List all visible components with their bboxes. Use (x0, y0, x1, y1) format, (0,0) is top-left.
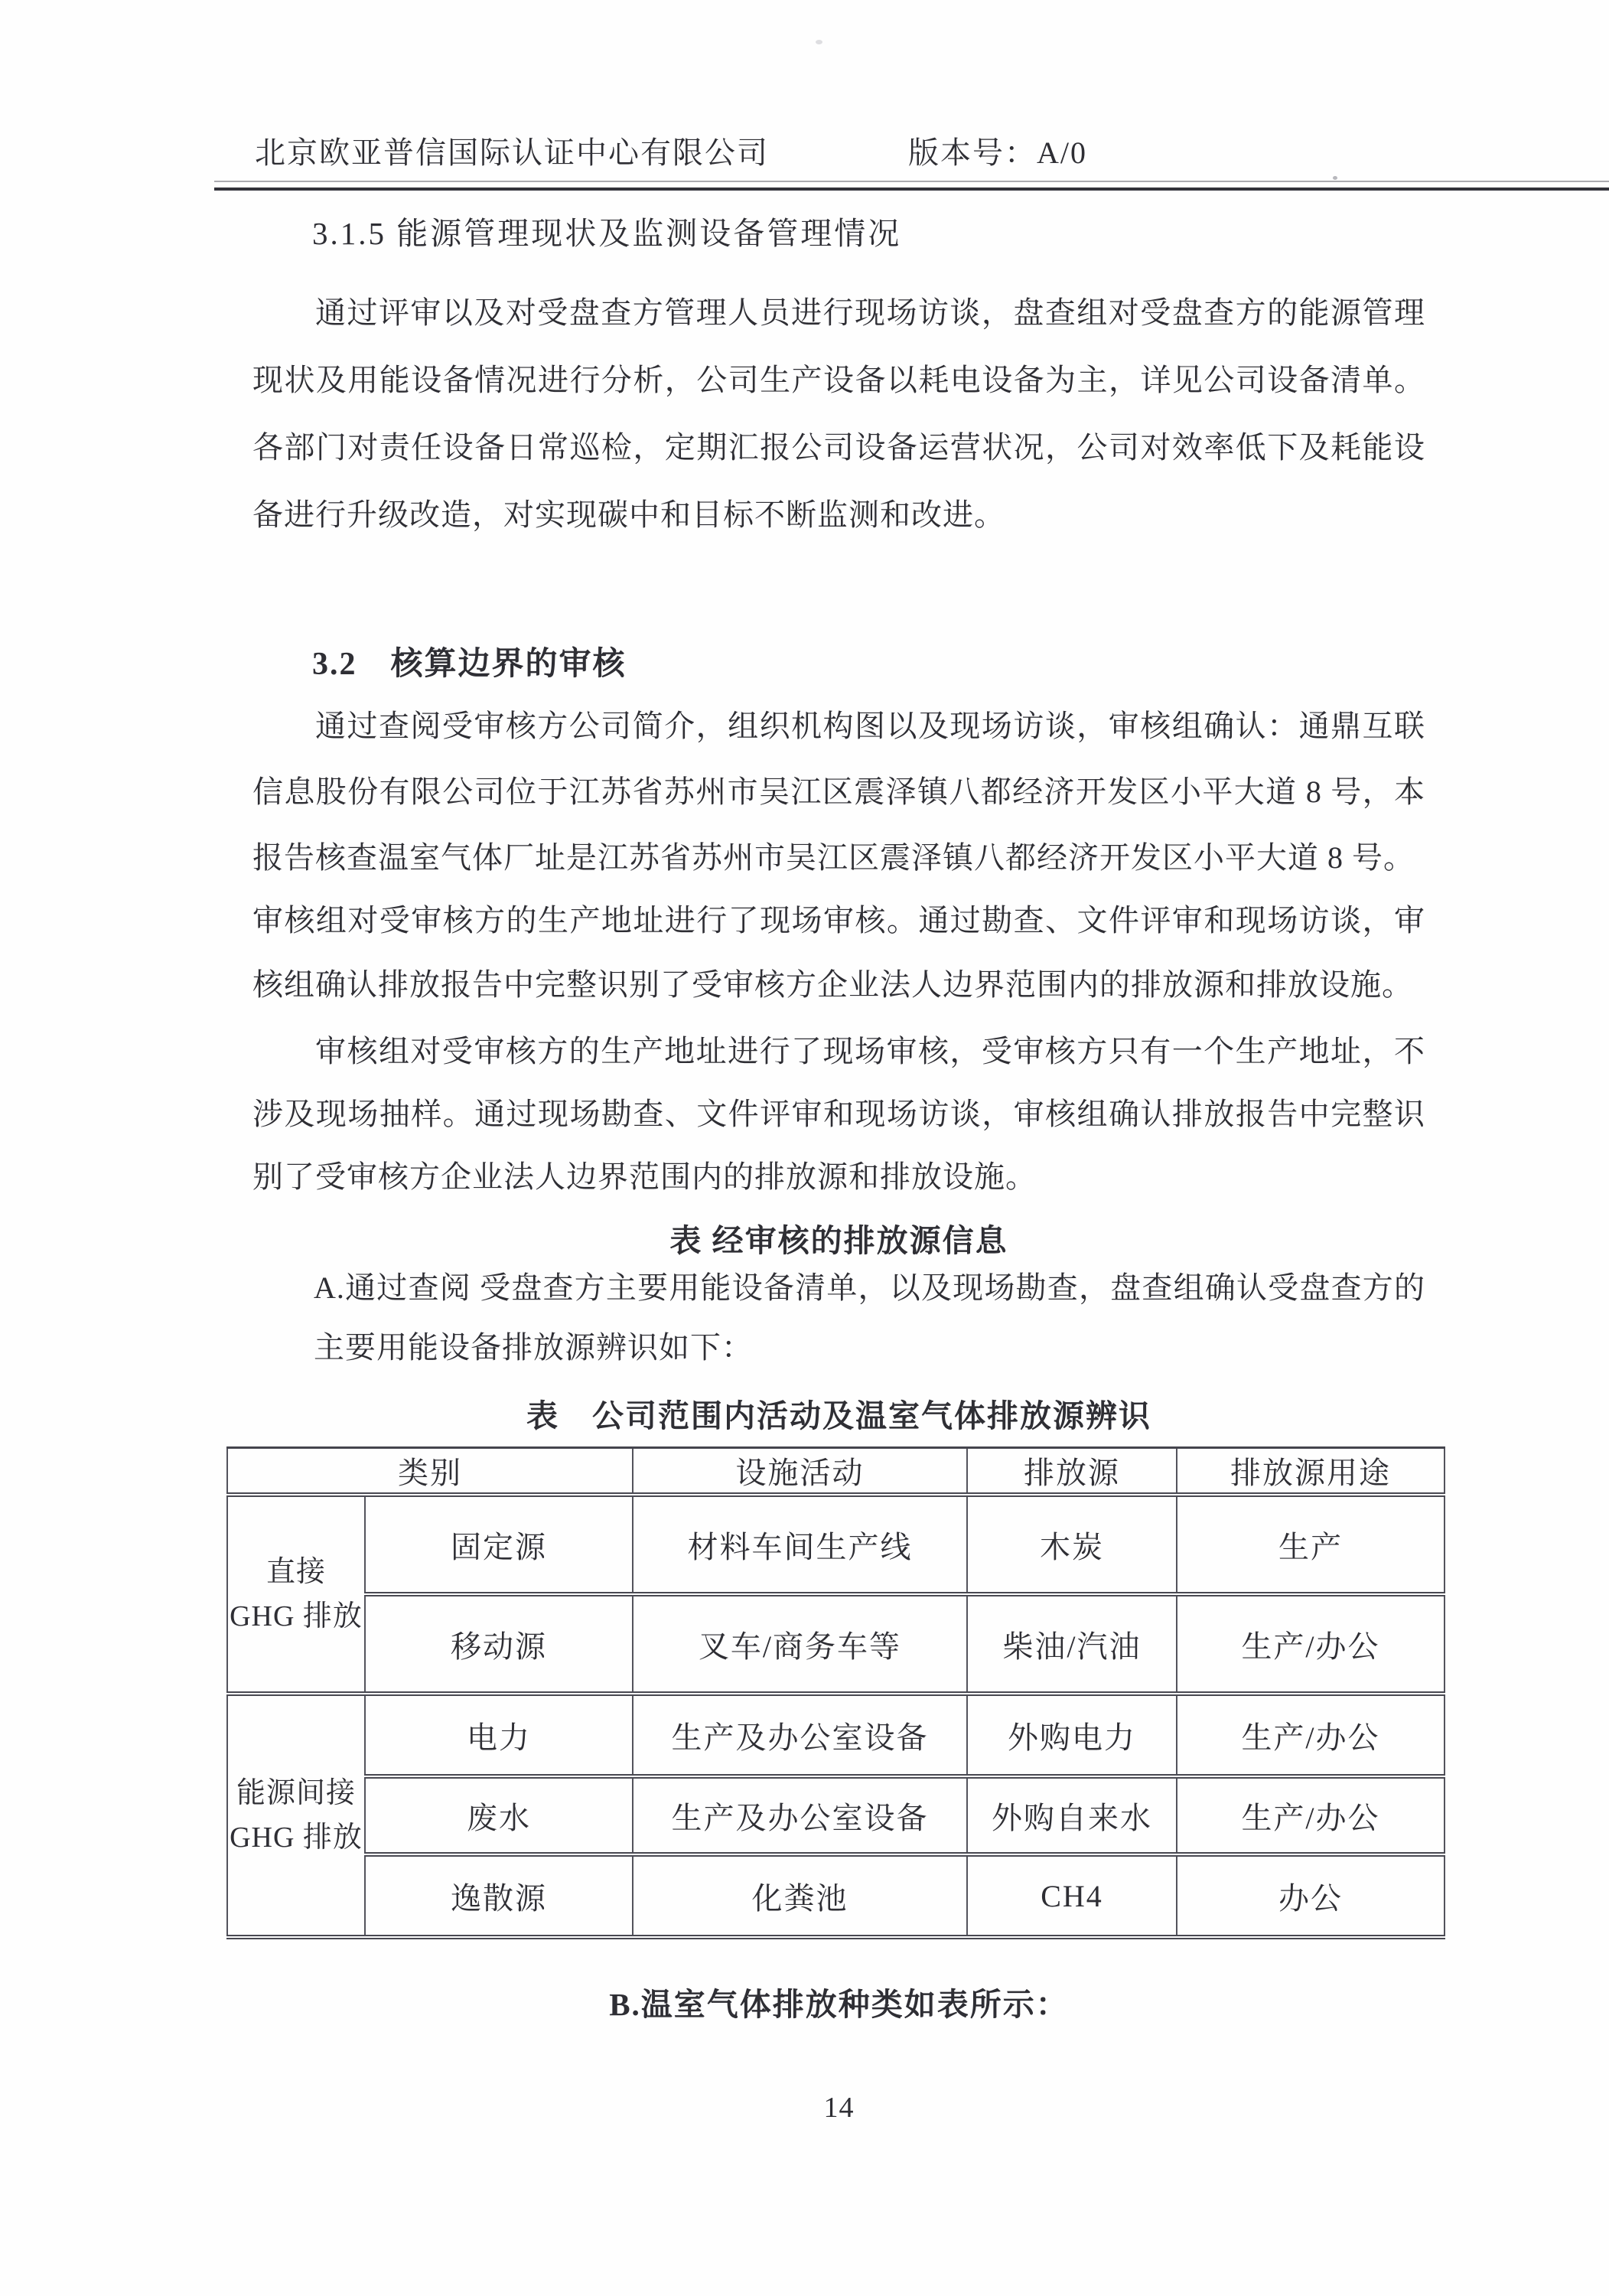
header-company-name: 北京欧亚普信国际认证中心有限公司 (255, 129, 769, 172)
row-group-label-line: 能源间接 (236, 1777, 356, 1809)
paragraph-item-a: A.通过查阅 受盘查方主要用能设备清单，以及现场勘查，盘查组确认受盘查方的主要用… (314, 1258, 1425, 1378)
ghg-emission-source-table: 类别 设施活动 排放源 排放源用途 直接 GHG 排放 固定源 材料车间生产线 … (226, 1446, 1445, 1939)
cell-usage: 生产/办公 (1177, 1594, 1445, 1694)
row-group-label-line: 直接 (266, 1556, 326, 1588)
paragraph-boundary-review-2: 审核组对受审核方的生产地址进行了现场审核。通过勘查、文件评审和现场访谈，审核组确… (252, 889, 1425, 1017)
cell-category: 固定源 (365, 1495, 633, 1594)
row-group-label-line: GHG 排放 (230, 1600, 363, 1632)
cell-activity: 生产及办公室设备 (633, 1776, 967, 1854)
document-page: 北京欧亚普信国际认证中心有限公司 版本号：A/0 3.1.5 能源管理现状及监测… (0, 0, 1609, 2296)
cell-category: 电力 (365, 1694, 633, 1776)
cell-usage: 生产/办公 (1177, 1694, 1445, 1776)
table-header-source-usage: 排放源用途 (1177, 1448, 1445, 1495)
page-number: 14 (252, 2091, 1425, 2125)
cell-source: 柴油/汽油 (967, 1594, 1177, 1694)
scan-speck (1333, 176, 1337, 180)
scan-speck (816, 40, 822, 44)
cell-usage: 生产 (1177, 1495, 1445, 1594)
section-heading-3-2: 3.2 核算边界的审核 (312, 638, 627, 684)
cell-source: 木炭 (967, 1495, 1177, 1594)
table-header-facility-activity: 设施活动 (633, 1448, 967, 1495)
table-header-emission-source: 排放源 (967, 1448, 1177, 1495)
cell-source: 外购电力 (967, 1694, 1177, 1776)
paragraph-energy-management-status: 通过评审以及对受盘查方管理人员进行现场访谈，盘查组对受盘查方的能源管理现状及用能… (252, 279, 1425, 549)
cell-activity: 材料车间生产线 (633, 1495, 967, 1594)
cell-activity: 叉车/商务车等 (633, 1594, 967, 1694)
table-row: 逸散源 化粪池 CH4 办公 (227, 1854, 1445, 1937)
cell-category: 废水 (365, 1776, 633, 1854)
cell-activity: 化粪池 (633, 1854, 967, 1937)
caption-ghg-source-identification: 表 公司范围内活动及温室气体排放源辨识 (252, 1391, 1425, 1436)
cell-category: 逸散源 (365, 1854, 633, 1937)
cell-activity: 生产及办公室设备 (633, 1694, 967, 1776)
paragraph-boundary-review-1: 通过查阅受审核方公司简介，组织机构图以及现场访谈，审核组确认：通鼎互联信息股份有… (252, 693, 1425, 891)
section-heading-3-1-5: 3.1.5 能源管理现状及监测设备管理情况 (312, 208, 901, 253)
header-version-label: 版本号：A/0 (908, 129, 1087, 172)
table-row: 直接 GHG 排放 固定源 材料车间生产线 木炭 生产 (227, 1495, 1445, 1594)
row-group-label-line: GHG 排放 (230, 1821, 363, 1854)
row-group-direct-ghg: 直接 GHG 排放 (227, 1495, 365, 1694)
table-header-category: 类别 (227, 1448, 633, 1495)
table-row: 废水 生产及办公室设备 外购自来水 生产/办公 (227, 1776, 1445, 1854)
cell-source: CH4 (967, 1854, 1177, 1937)
cell-usage: 生产/办公 (1177, 1776, 1445, 1854)
caption-audited-emission-sources: 表 经审核的排放源信息 (252, 1215, 1425, 1261)
cell-source: 外购自来水 (967, 1776, 1177, 1854)
table-row: 能源间接 GHG 排放 电力 生产及办公室设备 外购电力 生产/办公 (227, 1694, 1445, 1776)
note-b-ghg-types: B.温室气体排放种类如表所示： (252, 1979, 1425, 2024)
table-row: 移动源 叉车/商务车等 柴油/汽油 生产/办公 (227, 1594, 1445, 1694)
paragraph-boundary-review-3: 审核组对受审核方的生产地址进行了现场审核，受审核方只有一个生产地址，不涉及现场抽… (252, 1020, 1425, 1208)
row-group-energy-indirect-ghg: 能源间接 GHG 排放 (227, 1694, 365, 1937)
cell-category: 移动源 (365, 1594, 633, 1694)
header-rule (214, 181, 1609, 191)
cell-usage: 办公 (1177, 1854, 1445, 1937)
